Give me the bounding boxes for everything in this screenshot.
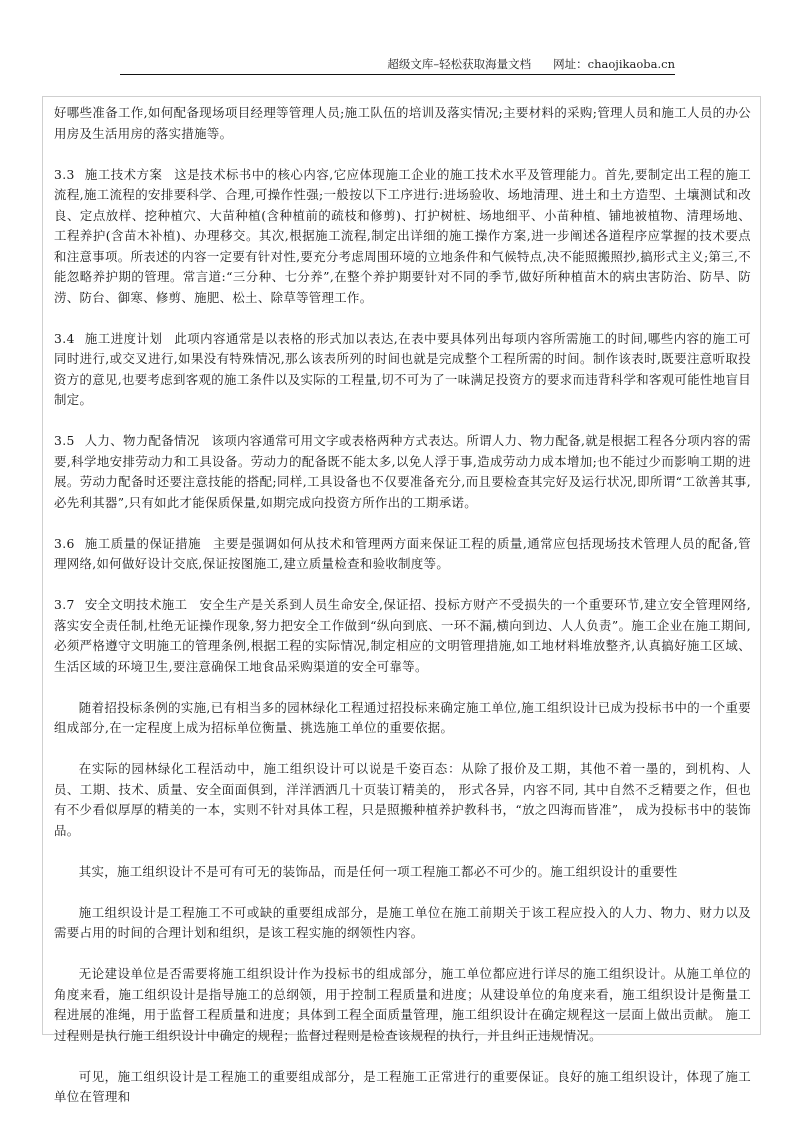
site-name: 超级文库–轻松获取海量文档 bbox=[387, 57, 531, 71]
header-rule bbox=[120, 74, 675, 75]
paragraph: 可见，施工组织设计是工程施工的重要组成部分，是工程施工正常进行的重要保证。良好的… bbox=[54, 1067, 751, 1108]
paragraph: 在实际的园林绿化工程活动中，施工组织设计可以说是千姿百态：从除了报价及工期，其他… bbox=[54, 759, 751, 841]
page-header: 超级文库–轻松获取海量文档网址：chaojikaoba.cn bbox=[120, 56, 675, 74]
section-text: 这是技术标书中的核心内容,它应体现施工企业的施工技术水平及管理能力。首先,要制定… bbox=[54, 167, 751, 305]
document-body: 好哪些准备工作,如何配备现场项目经理等管理人员;施工队伍的培训及落实情况;主要材… bbox=[54, 103, 751, 1108]
paragraph-intro: 好哪些准备工作,如何配备现场项目经理等管理人员;施工队伍的培训及落实情况;主要材… bbox=[54, 103, 751, 144]
paragraph: 随着招投标条例的实施,已有相当多的园林绿化工程通过招投标来确定施工单位,施工组织… bbox=[54, 698, 751, 739]
section-number: 3.5 bbox=[54, 433, 75, 448]
section-title: 施工质量的保证措施 bbox=[85, 536, 201, 551]
section-3-3: 3.3施工技术方案这是技术标书中的核心内容,它应体现施工企业的施工技术水平及管理… bbox=[54, 165, 751, 309]
section-number: 3.6 bbox=[54, 536, 75, 551]
site-url: chaojikaoba.cn bbox=[588, 57, 675, 71]
paragraph: 其实，施工组织设计不是可有可无的装饰品，而是任何一项工程施工都必不可少的。施工组… bbox=[54, 862, 751, 883]
section-number: 3.4 bbox=[54, 331, 75, 346]
section-3-4: 3.4施工进度计划此项内容通常是以表格的形式加以表达,在表中要具体列出每项内容所… bbox=[54, 329, 751, 411]
paragraph: 施工组织设计是工程施工不可或缺的重要组成部分，是施工单位在施工前期关于该工程应投… bbox=[54, 903, 751, 944]
paragraph: 无论建设单位是否需要将施工组织设计作为投标书的组成部分，施工单位都应进行详尽的施… bbox=[54, 964, 751, 1046]
section-number: 3.3 bbox=[54, 167, 75, 182]
section-title: 施工进度计划 bbox=[85, 331, 163, 346]
section-number: 3.7 bbox=[54, 597, 75, 612]
section-3-6: 3.6施工质量的保证措施主要是强调如何从技术和管理两方面来保证工程的质量,通常应… bbox=[54, 534, 751, 575]
section-title: 安全文明技术施工 bbox=[85, 597, 188, 612]
section-3-5: 3.5人力、物力配备情况该项内容通常可用文字或表格两种方式表达。所谓人力、物力配… bbox=[54, 431, 751, 513]
section-3-7: 3.7安全文明技术施工安全生产是关系到人员生命安全,保证招、投标方财产不受损失的… bbox=[54, 595, 751, 677]
section-title: 人力、物力配备情况 bbox=[85, 433, 200, 448]
url-label: 网址： bbox=[553, 57, 588, 71]
section-title: 施工技术方案 bbox=[85, 167, 163, 182]
